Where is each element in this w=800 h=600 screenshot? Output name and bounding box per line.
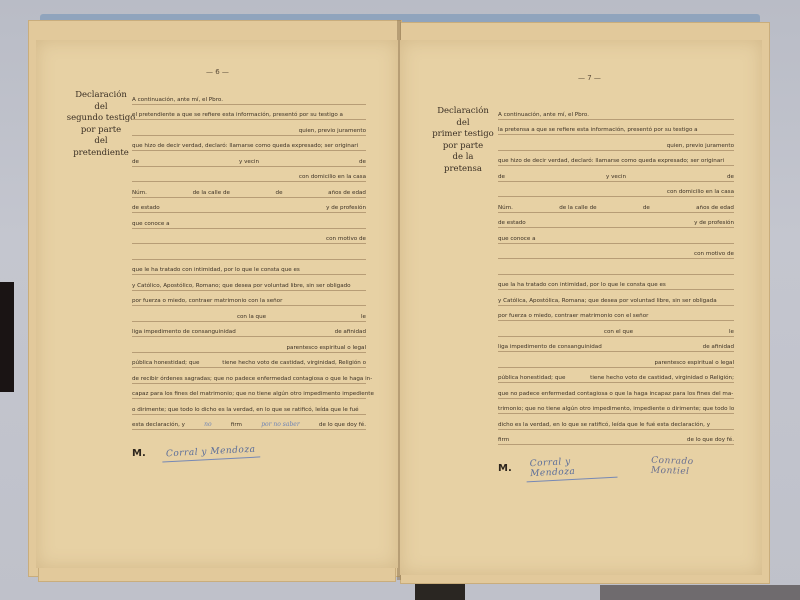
form-text: que le ha tratado con intimidad, por lo … <box>132 267 300 273</box>
form-text: trimonio; que no tiene algún otro impedi… <box>498 406 734 412</box>
form-text: firm <box>498 437 509 443</box>
form-line: que conoce a <box>132 213 366 229</box>
signature-label: M. <box>132 448 162 459</box>
form-line <box>498 259 734 275</box>
form-text: el pretendiente a que se refiere esta in… <box>132 112 343 118</box>
form-text: pública honestidad; que <box>498 375 565 381</box>
form-text: de recibir órdenes sagradas; que no pade… <box>132 376 372 382</box>
form-line: y Católica, Apostólica, Romana; que dese… <box>498 290 734 306</box>
margin-note-line: del <box>62 136 140 148</box>
form-text: de estado <box>132 205 160 211</box>
form-text: por fuerza o miedo, contraer matrimonio … <box>132 298 282 304</box>
form-text: que conoce a <box>132 221 170 227</box>
form-text: y de profesión <box>694 220 734 226</box>
declaration-form: A continuación, ante mí, el Pbro.la pret… <box>498 104 734 481</box>
form-text: de la calle de <box>193 190 230 196</box>
form-text: le <box>361 314 366 320</box>
form-line: liga impedimento de consanguinidadde afi… <box>498 337 734 353</box>
form-text: esta declaración, y <box>132 422 185 428</box>
form-line: Núm.de la calle dedeaños de edad <box>498 197 734 213</box>
form-line: con domicilio en la casa <box>132 167 366 183</box>
margin-note-line: Declaración <box>62 90 140 102</box>
form-text: dicho es la verdad, en lo que se ratific… <box>498 422 710 428</box>
form-line: y Católico, Apostólico, Romano; que dese… <box>132 275 366 291</box>
form-text: años de edad <box>328 190 366 196</box>
form-line: esta declaración, ynofirmpor no saberde … <box>132 415 366 431</box>
form-text: de <box>132 159 139 165</box>
margin-note-line: Declaración <box>424 106 502 118</box>
form-text: liga impedimento de consanguinidad <box>498 344 602 350</box>
form-text: por fuerza o miedo, contraer matrimonio … <box>498 313 648 319</box>
form-text: que no padece enfermedad contagiosa o qu… <box>498 391 733 397</box>
margin-note-line: del <box>424 118 502 130</box>
margin-note-line: pretendiente <box>62 148 140 160</box>
margin-note-line: segundo testigo <box>62 113 140 125</box>
form-line: o dirimente; que todo lo dicho es la ver… <box>132 399 366 415</box>
form-text: que conoce a <box>498 236 536 242</box>
form-line: liga impedimento de consanguinidadde afi… <box>132 322 366 338</box>
form-line: de estadoy de profesión <box>132 198 366 214</box>
margin-note-line: pretensa <box>424 164 502 176</box>
form-line: parentesco espiritual o legal <box>132 337 366 353</box>
form-line: con motivo de <box>498 244 734 260</box>
form-line: firmde lo que doy fé. <box>498 430 734 446</box>
form-line: quien, previo juramento <box>132 120 366 136</box>
form-text: de lo que doy fé. <box>319 422 366 428</box>
form-text: A continuación, ante mí, el Pbro. <box>132 97 223 103</box>
form-text: o dirimente; que todo lo dicho es la ver… <box>132 407 359 413</box>
form-text: quien, previo juramento <box>299 128 366 134</box>
form-line: dey vecinde <box>132 151 366 167</box>
form-text: con motivo de <box>326 236 366 242</box>
signature-row: M.Corral y Mendoza <box>132 440 366 466</box>
form-text: de <box>276 190 283 196</box>
form-text: capaz para los fines del matrimonio; que… <box>132 391 374 397</box>
form-text: de afinidad <box>335 329 366 335</box>
form-text: A continuación, ante mí, el Pbro. <box>498 112 589 118</box>
form-line: que hizo de decir verdad, declaró: llama… <box>132 136 366 152</box>
handwritten-fill: no <box>204 421 211 428</box>
form-text: le <box>729 329 734 335</box>
form-text: parentesco espiritual o legal <box>286 345 366 351</box>
signature-label: M. <box>498 463 526 474</box>
form-line: A continuación, ante mí, el Pbro. <box>132 89 366 105</box>
form-text: quien, previo juramento <box>667 143 734 149</box>
form-line: quien, previo juramento <box>498 135 734 151</box>
form-text: tiene hecho voto de castidad, virginidad… <box>222 360 366 366</box>
declaration-form: A continuación, ante mí, el Pbro.el pret… <box>132 89 366 466</box>
form-line: dey vecinde <box>498 166 734 182</box>
form-text: con la que <box>237 314 266 320</box>
margin-note-line: de la <box>424 152 502 164</box>
handwritten-signature: Conrado Montiel <box>647 455 734 480</box>
form-text: con domicilio en la casa <box>667 189 734 195</box>
form-line: pública honestidad; quetiene hecho voto … <box>498 368 734 384</box>
form-line: Núm.de la calle dedeaños de edad <box>132 182 366 198</box>
form-text: tiene hecho voto de castidad, virginidad… <box>590 375 734 381</box>
form-line: con motivo de <box>132 229 366 245</box>
handwritten-signature: Corral y Mendoza <box>525 454 618 482</box>
form-line: por fuerza o miedo, contraer matrimonio … <box>498 306 734 322</box>
form-text: y vecin <box>239 159 259 165</box>
right-page: — 7 — Declaracióndelprimer testigopor pa… <box>400 40 762 575</box>
form-line: la pretensa a que se refiere esta inform… <box>498 120 734 136</box>
form-text: firm <box>231 422 242 428</box>
form-line: trimonio; que no tiene algún otro impedi… <box>498 399 734 415</box>
form-text: y Católico, Apostólico, Romano; que dese… <box>132 283 351 289</box>
form-text: con motivo de <box>694 251 734 257</box>
left-page: — 6 — Declaracióndelsegundo testigopor p… <box>36 40 398 568</box>
handwritten-fill: por no saber <box>261 421 300 428</box>
form-text: de lo que doy fé. <box>687 437 734 443</box>
form-text: de <box>643 205 650 211</box>
form-line: pública honestidad; quetiene hecho voto … <box>132 353 366 369</box>
form-text: de estado <box>498 220 526 226</box>
margin-note-line: por parte <box>424 141 502 153</box>
signature-row: M.Corral y MendozaConrado Montiel <box>498 455 734 481</box>
form-line: que no padece enfermedad contagiosa o qu… <box>498 383 734 399</box>
form-text: y vecin <box>606 174 626 180</box>
form-text: que hizo de decir verdad, declaró: llama… <box>498 158 724 164</box>
form-line: de estadoy de profesión <box>498 213 734 229</box>
margin-note: Declaracióndelsegundo testigopor partede… <box>62 90 140 159</box>
form-text: Núm. <box>498 205 513 211</box>
form-line: A continuación, ante mí, el Pbro. <box>498 104 734 120</box>
form-line: que la ha tratado con intimidad, por lo … <box>498 275 734 291</box>
form-text: y de profesión <box>326 205 366 211</box>
background-object <box>0 282 14 392</box>
form-line: por fuerza o miedo, contraer matrimonio … <box>132 291 366 307</box>
handwritten-signature: Corral y Mendoza <box>162 444 260 462</box>
form-text: Núm. <box>132 190 147 196</box>
form-text: de <box>359 159 366 165</box>
form-line: que hizo de decir verdad, declaró: llama… <box>498 151 734 167</box>
page-number: — 7 — <box>578 74 601 82</box>
form-line: que conoce a <box>498 228 734 244</box>
form-text: liga impedimento de consanguinidad <box>132 329 236 335</box>
form-text: con domicilio en la casa <box>299 174 366 180</box>
form-line: con la quele <box>132 306 366 322</box>
form-text: de la calle de <box>559 205 596 211</box>
form-line: que le ha tratado con intimidad, por lo … <box>132 260 366 276</box>
form-line: de recibir órdenes sagradas; que no pade… <box>132 368 366 384</box>
margin-note: Declaracióndelprimer testigopor partede … <box>424 106 502 175</box>
form-line: parentesco espiritual o legal <box>498 352 734 368</box>
form-text: que la ha tratado con intimidad, por lo … <box>498 282 666 288</box>
margin-note-line: del <box>62 102 140 114</box>
form-text: y Católica, Apostólica, Romana; que dese… <box>498 298 717 304</box>
form-text: de <box>498 174 505 180</box>
form-text: que hizo de decir verdad, declaró: llama… <box>132 143 358 149</box>
form-text: pública honestidad; que <box>132 360 199 366</box>
form-line: con el quele <box>498 321 734 337</box>
form-line: con domicilio en la casa <box>498 182 734 198</box>
background-object <box>600 585 800 600</box>
form-text: años de edad <box>696 205 734 211</box>
form-line: dicho es la verdad, en lo que se ratific… <box>498 414 734 430</box>
form-line: el pretendiente a que se refiere esta in… <box>132 105 366 121</box>
form-text: con el que <box>604 329 633 335</box>
form-text: de <box>727 174 734 180</box>
page-number: — 6 — <box>206 68 229 76</box>
form-text: parentesco espiritual o legal <box>654 360 734 366</box>
margin-note-line: primer testigo <box>424 129 502 141</box>
form-line <box>132 244 366 260</box>
form-text: de afinidad <box>703 344 734 350</box>
form-line: capaz para los fines del matrimonio; que… <box>132 384 366 400</box>
margin-note-line: por parte <box>62 125 140 137</box>
form-text: la pretensa a que se refiere esta inform… <box>498 127 698 133</box>
